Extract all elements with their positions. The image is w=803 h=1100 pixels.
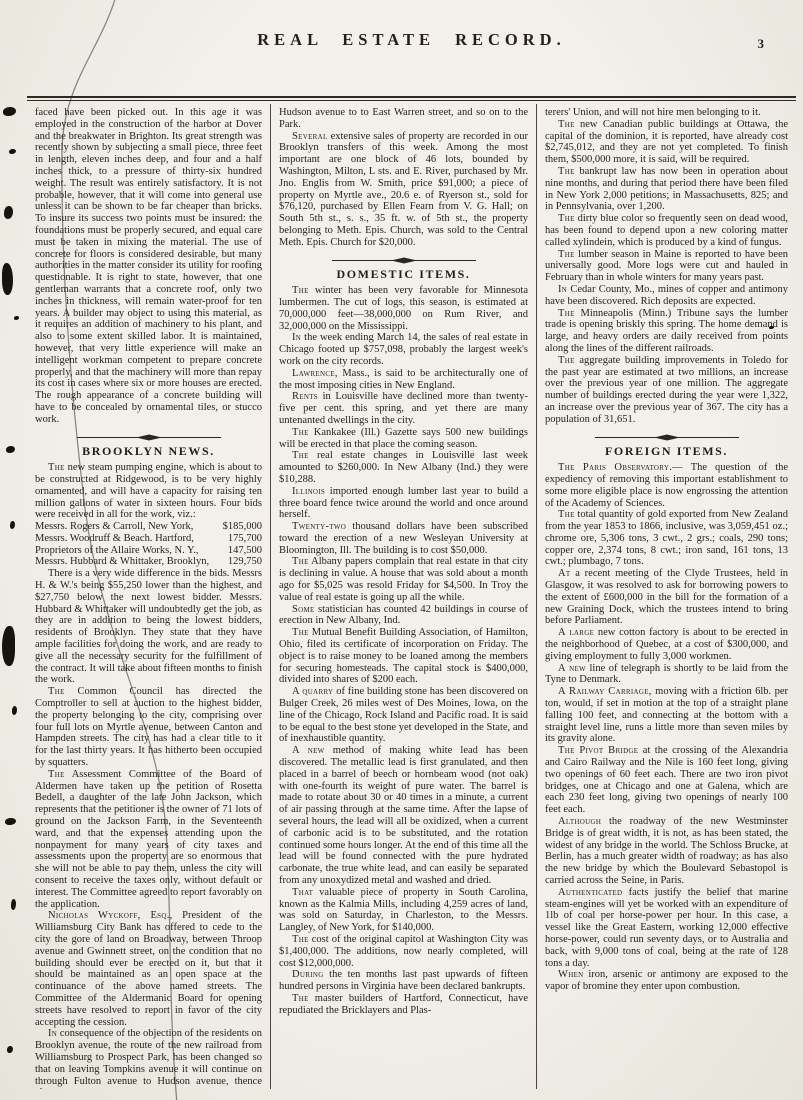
paragraph-text: total quantity of gold exported from New… <box>545 509 788 567</box>
bid-amount: 147,500 <box>228 545 262 557</box>
paragraph-text: cost of the original capitol at Washingt… <box>279 934 528 969</box>
newspaper-page: REAL ESTATE RECORD. 3 faced have been pi… <box>0 0 803 1100</box>
article-paragraph: The Albany papers complain that real est… <box>279 556 528 603</box>
paragraph-lead: When <box>558 969 584 980</box>
article-paragraph: Authenticated facts justify the belief t… <box>545 887 788 970</box>
section-heading: DOMESTIC ITEMS. <box>279 269 528 281</box>
paragraph-lead: The Paris Observatory.— <box>558 462 683 473</box>
section-header: BROOKLYN NEWS. <box>35 432 262 459</box>
article-paragraph: Twenty-two thousand dollars have been su… <box>279 521 528 556</box>
article-paragraph: The real estate changes in Louisville la… <box>279 450 528 485</box>
paragraph-text: winter has been very favorable for Minne… <box>279 285 528 331</box>
paragraph-lead: In <box>292 332 301 343</box>
publication-title: REAL ESTATE RECORD. <box>257 30 565 49</box>
paragraph-lead: A new <box>292 745 325 756</box>
bid-amount: 129,750 <box>228 556 262 568</box>
bid-amount: $185,000 <box>223 521 262 533</box>
paragraph-lead: In <box>558 284 567 295</box>
paragraph-text: Cedar County, Mo., mines of copper and a… <box>545 284 788 307</box>
paragraph-text: faced have been picked out. In this age … <box>35 107 262 425</box>
article-paragraph: During the ten months last past upwards … <box>279 969 528 993</box>
paragraph-lead: The <box>48 769 65 780</box>
article-paragraph: The total quantity of gold exported from… <box>545 509 788 568</box>
article-paragraph: A large new cotton factory is about to b… <box>545 627 788 662</box>
paragraph-text: statistician has counted 42 buildings in… <box>279 604 528 627</box>
paragraph-lead: During <box>292 969 324 980</box>
article-paragraph: There is a very wide difference in the b… <box>35 568 262 686</box>
article-paragraph: When iron, arsenic or antimony are expos… <box>545 969 788 993</box>
article-paragraph: At a recent meeting of the Clyde Trustee… <box>545 568 788 627</box>
article-paragraph: Rents in Louisville have declined more t… <box>279 391 528 426</box>
section-heading: FOREIGN ITEMS. <box>545 446 788 458</box>
column-layout: faced have been picked out. In this age … <box>27 104 796 1089</box>
bid-list-item: Proprietors of the Allaire Works, N. Y.,… <box>35 545 262 557</box>
paragraph-text: new Canadian public buildings at Ottawa,… <box>545 119 788 165</box>
paragraph-lead: The <box>558 355 575 366</box>
paragraph-lead: The <box>292 627 309 638</box>
paragraph-text: valuable piece of property in South Caro… <box>279 887 528 933</box>
article-paragraph: Hudson avenue to to East Warren street, … <box>279 107 528 131</box>
article-paragraph: The aggregate building improvements in T… <box>545 355 788 426</box>
article-paragraph: The dirty blue color so frequently seen … <box>545 213 788 248</box>
article-paragraph: Several extensive sales of property are … <box>279 131 528 249</box>
bidder-name: Messrs. Woodruff & Beach. Hartford, <box>35 533 194 545</box>
article-paragraph: A Railway Carriage, moving with a fricti… <box>545 686 788 745</box>
bid-amount: 175,700 <box>228 533 262 545</box>
bidder-name: Messrs. Rogers & Carroll, New York, <box>35 521 193 533</box>
paragraph-text: a recent meeting of the Clyde Trustees, … <box>545 568 788 626</box>
column-right: terers' Union, and will not hire men bel… <box>536 104 796 1089</box>
article-paragraph: The winter has been very favorable for M… <box>279 285 528 332</box>
paragraph-lead: The <box>558 166 575 177</box>
paragraph-lead: The <box>48 686 65 697</box>
article-paragraph: faced have been picked out. In this age … <box>35 107 262 426</box>
paragraph-text: facts justify the belief that marine ste… <box>545 887 788 969</box>
article-paragraph: The new Canadian public buildings at Ott… <box>545 119 788 166</box>
paragraph-lead: The <box>292 450 309 461</box>
paragraph-text: President of the Williamsburg City Bank … <box>35 910 262 1027</box>
article-paragraph: Although the roadway of the new Westmins… <box>545 816 788 887</box>
paragraph-text: consequence of the objection of the resi… <box>35 1028 262 1089</box>
paragraph-lead: The <box>558 509 575 520</box>
page-number: 3 <box>758 36 765 52</box>
article-paragraph: Some statistician has counted 42 buildin… <box>279 604 528 628</box>
paragraph-lead: That <box>292 887 313 898</box>
paragraph-lead: In <box>48 1028 57 1039</box>
bid-list-item: Messrs. Woodruff & Beach. Hartford,175,7… <box>35 533 262 545</box>
article-paragraph: A new method of making white lead has be… <box>279 745 528 887</box>
paragraph-lead: The <box>558 249 575 260</box>
paragraph-text: Hudson avenue to to East Warren street, … <box>279 107 528 130</box>
paragraph-lead: The <box>558 308 575 319</box>
column-middle: Hudson avenue to to East Warren street, … <box>270 104 536 1089</box>
column-left: faced have been picked out. In this age … <box>27 104 270 1089</box>
divider-ornament <box>330 256 478 265</box>
bidder-name: Proprietors of the Allaire Works, N. Y., <box>35 545 198 557</box>
bid-list-item: Messrs. Hubbard & Whittaker, Brooklyn,12… <box>35 556 262 568</box>
paragraph-text: new steam pumping engine, which is about… <box>35 462 262 520</box>
article-paragraph: Nicholas Wyckoff, Esq., President of the… <box>35 910 262 1028</box>
article-paragraph: A new line of telegraph is shortly to be… <box>545 663 788 687</box>
article-paragraph: The lumber season in Maine is reported t… <box>545 249 788 284</box>
paragraph-lead: Authenticated <box>558 887 622 898</box>
paragraph-lead: Lawrence, <box>292 368 338 379</box>
paragraph-lead: The <box>558 119 575 130</box>
paragraph-text: There is a very wide difference in the b… <box>35 568 262 685</box>
article-paragraph: The Minneapolis (Minn.) Tribune says the… <box>545 308 788 355</box>
paragraph-lead: A new <box>558 663 586 674</box>
section-header: DOMESTIC ITEMS. <box>279 255 528 282</box>
article-paragraph: The Common Council has directed the Comp… <box>35 686 262 769</box>
paragraph-lead: A large <box>558 627 594 638</box>
article-paragraph: Illinois imported enough lumber last yea… <box>279 486 528 521</box>
paragraph-lead: The <box>292 285 309 296</box>
section-heading: BROOKLYN NEWS. <box>35 446 262 458</box>
section-header: FOREIGN ITEMS. <box>545 432 788 459</box>
paragraph-lead: Although <box>558 816 601 827</box>
masthead: REAL ESTATE RECORD. 3 <box>27 0 796 96</box>
paragraph-text: terers' Union, and will not hire men bel… <box>545 107 761 118</box>
paragraph-lead: The <box>292 993 309 1004</box>
paragraph-lead: Some <box>292 604 315 615</box>
paragraph-lead: A quarry <box>292 686 333 697</box>
article-paragraph: terers' Union, and will not hire men bel… <box>545 107 788 119</box>
paragraph-lead: At <box>558 568 570 579</box>
article-paragraph: A quarry of fine building stone has been… <box>279 686 528 745</box>
paragraph-text: the week ending March 14, the sales of r… <box>279 332 528 367</box>
article-paragraph: The cost of the original capitol at Wash… <box>279 934 528 969</box>
paragraph-text: bankrupt law has now been in operation a… <box>545 166 788 212</box>
paragraph-lead: The <box>48 462 65 473</box>
paragraph-text: aggregate building improvements in Toled… <box>545 355 788 425</box>
paragraph-text: dirty blue color so frequently seen on d… <box>545 213 788 248</box>
article-paragraph: In consequence of the objection of the r… <box>35 1028 262 1089</box>
article-paragraph: The Mutual Benefit Building Association,… <box>279 627 528 686</box>
paragraph-lead: The <box>292 427 309 438</box>
article-paragraph: In Cedar County, Mo., mines of copper an… <box>545 284 788 308</box>
divider-ornament <box>593 433 741 442</box>
ink-speck <box>2 626 15 666</box>
article-paragraph: In the week ending March 14, the sales o… <box>279 332 528 367</box>
bidder-name: Messrs. Hubbard & Whittaker, Brooklyn, <box>35 556 209 568</box>
article-paragraph: Lawrence, Mass., is said to be architect… <box>279 368 528 392</box>
paragraph-lead: Nicholas Wyckoff, Esq., <box>48 910 173 921</box>
paragraph-lead: A Railway Carriage, <box>558 686 652 697</box>
article-paragraph: The Paris Observatory.— The question of … <box>545 462 788 509</box>
paragraph-text: master builders of Hartford, Connecticut… <box>279 993 528 1016</box>
paragraph-lead: Rents <box>292 391 318 402</box>
paragraph-text: method of making white lead has been dis… <box>279 745 528 886</box>
paragraph-lead: Twenty-two <box>292 521 346 532</box>
paragraph-lead: The <box>292 934 309 945</box>
paragraph-text: Kankakee (Ill.) Gazette says 500 new bui… <box>279 427 528 450</box>
paragraph-lead: The <box>292 556 309 567</box>
masthead-double-rule <box>27 96 796 101</box>
article-paragraph: The Pivot Bridge at the crossing of the … <box>545 745 788 816</box>
paragraph-text: Albany papers complain that real estate … <box>279 556 528 602</box>
paragraph-lead: Several <box>292 131 328 142</box>
article-paragraph: The bankrupt law has now been in operati… <box>545 166 788 213</box>
paragraph-text: Common Council has directed the Comptrol… <box>35 686 262 768</box>
article-paragraph: The Kankakee (Ill.) Gazette says 500 new… <box>279 427 528 451</box>
ink-speck <box>2 263 13 295</box>
article-paragraph: That valuable piece of property in South… <box>279 887 528 934</box>
paragraph-text: Mutual Benefit Building Association, of … <box>279 627 528 685</box>
paragraph-lead: The <box>558 213 575 224</box>
paragraph-text: real estate changes in Louisville last w… <box>279 450 528 485</box>
article-paragraph: The Assessment Committee of the Board of… <box>35 769 262 911</box>
article-paragraph: The new steam pumping engine, which is a… <box>35 462 262 521</box>
article-paragraph: The master builders of Hartford, Connect… <box>279 993 528 1017</box>
paragraph-text: extensive sales of property are recorded… <box>279 131 528 248</box>
paragraph-text: Minneapolis (Minn.) Tribune says the lum… <box>545 308 788 354</box>
bid-list-item: Messrs. Rogers & Carroll, New York,$185,… <box>35 521 262 533</box>
paragraph-text: Assessment Committee of the Board of Ald… <box>35 769 262 910</box>
paragraph-text: lumber season in Maine is reported to ha… <box>545 249 788 284</box>
divider-ornament <box>75 433 223 442</box>
paragraph-lead: Illinois <box>292 486 325 497</box>
paragraph-lead: The Pivot Bridge <box>558 745 638 756</box>
